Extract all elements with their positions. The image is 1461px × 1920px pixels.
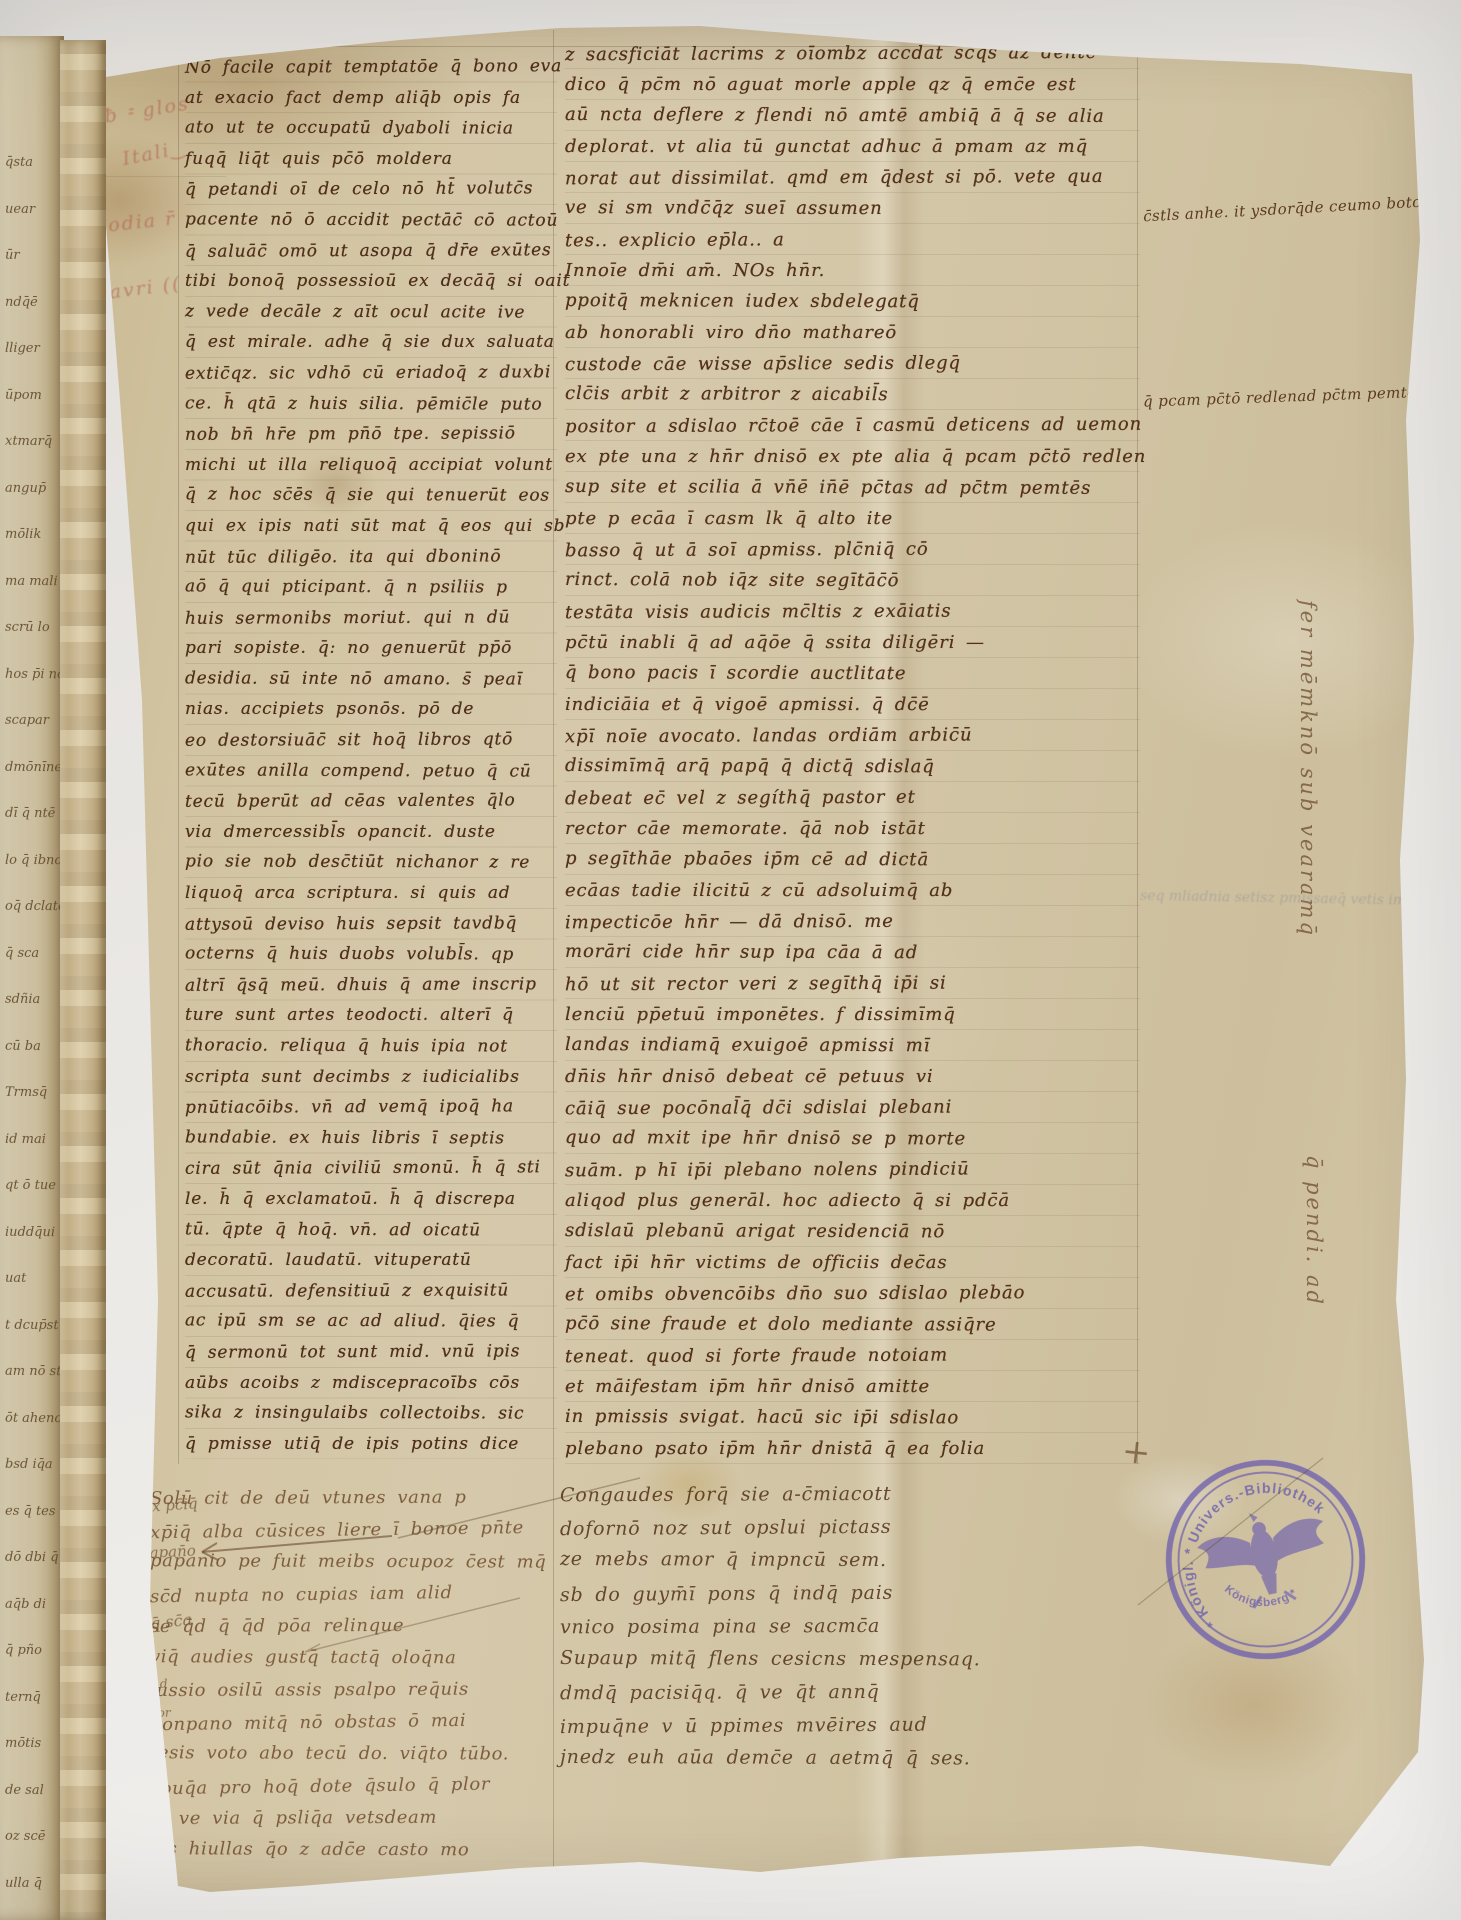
margin-scribble: x pc̄iq̄ bbox=[151, 1494, 198, 1515]
stamp-bottom-text: Königsberg * bbox=[1220, 1569, 1300, 1618]
manuscript-line: pio sie nob desc̄tiūt nichanor z re bbox=[185, 847, 557, 879]
manuscript-line: quo ad mxit ipe hn̄r dnisō se p morte bbox=[565, 1122, 1140, 1155]
binding-spine bbox=[60, 40, 106, 1920]
leaf-text-fragment: ma mali bbox=[0, 558, 64, 605]
manuscript-line: lenciū pp̄etuū imponētes. f dissimīmq̄ bbox=[565, 999, 1140, 1030]
leaf-text-fragment: scapar bbox=[0, 698, 64, 745]
ghost-line: seq mlia bbox=[1140, 888, 1200, 905]
leaf-text-fragment: scrū lo bbox=[0, 605, 64, 652]
manuscript-line: in pmissis svigat. hacū sic ip̄i sdislao bbox=[565, 1401, 1140, 1434]
manuscript-line: extic̄qz. sic vdhō cū eriadoq̄ z duxbi bbox=[185, 357, 557, 389]
manuscript-line: q̄ petandi oī de celo nō ht̄ volutc̄s bbox=[185, 174, 557, 206]
leaf-text-fragment: oz scē bbox=[0, 1814, 64, 1861]
manuscript-line: dico q̄ pc̄m nō aguat morle apple qz q̄ … bbox=[565, 69, 1140, 100]
manuscript-line: landas indiamq̄ exuigoē apmissi mī bbox=[565, 1029, 1140, 1062]
leaf-text-fragment: ūr bbox=[0, 233, 64, 280]
manuscript-line: pnūtiacōibs. vn̄ ad vemq̄ ipoq̄ ha bbox=[185, 1091, 557, 1123]
manuscript-line: q̄ saluāc̄ omō ut asopa q̄ dr̄e exūtes bbox=[185, 235, 557, 267]
leaf-text-fragment: bsd iq̄a bbox=[0, 1442, 64, 1489]
left-text-column: Nō facile capit temptatōe q̄ bono evaat … bbox=[185, 52, 557, 1459]
manuscript-line: ex pte una z hn̄r dnisō ex pte alia q̄ p… bbox=[565, 441, 1140, 472]
ruling-line bbox=[178, 44, 179, 1464]
margin-note-line: ad pc̄tm pemtēc̄s bbox=[1297, 382, 1434, 405]
red-note: Itali‿ bbox=[121, 136, 190, 170]
manuscript-line: testāta visis audicis mc̄ltis z exāiatis bbox=[565, 595, 1140, 629]
manuscript-line: ato ut te occupatū dyaboli inicia bbox=[185, 113, 557, 145]
manuscript-line: thoracio. reliqua q̄ huis ipia not bbox=[185, 1030, 557, 1062]
manuscript-line: viq̄ audies gustq̄ tactq̄ oloq̄na bbox=[150, 1641, 620, 1675]
manuscript-line: q̄ bono pacis ī scordie auctlitate bbox=[565, 657, 1140, 690]
manuscript-line: sc̄d nupta no cupias iam alid bbox=[150, 1575, 620, 1614]
manuscript-line: teneat. quod si forte fraude notoiam bbox=[565, 1339, 1140, 1373]
manuscript-line: et māifestam ip̄m hn̄r dnisō amitte bbox=[565, 1371, 1140, 1402]
manuscript-line: et omibs obvencōibs dn̄o suo sdislao ple… bbox=[565, 1277, 1140, 1311]
manuscript-line: desidia. sū inte nō amano. s̄ peaī bbox=[185, 663, 557, 695]
manuscript-line: fact ip̄i hn̄r victims de officiis dec̄a… bbox=[565, 1247, 1140, 1278]
manuscript-line: rector cāe memorate. q̄ā nob istāt bbox=[565, 813, 1140, 844]
manuscript-line: basso q̄ ut ā soī apmiss. plc̄niq̄ cō bbox=[565, 533, 1140, 567]
leaf-text-fragment: q̄ sca bbox=[0, 930, 64, 977]
manuscript-line: dmdq̄ pacisiq̄q. q̄ ve q̄t annq̄ bbox=[560, 1675, 1160, 1711]
manuscript-line: eo destorsiuāc̄ sit hoq̄ libros qtō bbox=[185, 724, 557, 756]
leaf-text-fragment: uat bbox=[0, 1256, 64, 1303]
manuscript-line: sb do guym̄ī pons q̄ indq̄ pais bbox=[560, 1575, 1160, 1612]
leaf-text-fragment: sdñia bbox=[0, 977, 64, 1024]
leaf-blank-top bbox=[0, 36, 64, 140]
manuscript-line: tesis voto abo tecū do. viq̄to tūbo. bbox=[150, 1737, 620, 1771]
margin-insertion-lower: q̄ pcam pc̄tō redlenad pc̄tm pemtēc̄sred… bbox=[1143, 376, 1461, 416]
manuscript-line: ecāas tadie ilicitū z cū adsoluimq̄ ab bbox=[565, 875, 1140, 906]
manuscript-line: sdislaū plebanū arigat residenciā nō bbox=[565, 1215, 1140, 1248]
manuscript-line: aū ncta deflere z flendi nō amtē ambiq̄ … bbox=[565, 99, 1140, 132]
manuscript-line: se q̄d q̄ q̄d pōa relinque bbox=[150, 1609, 620, 1643]
manuscript-line: aūbs acoibs z mdiscepracoībs cōs bbox=[185, 1368, 557, 1399]
leaf-text-fragment: qt ō tue bbox=[0, 1163, 64, 1210]
manuscript-line: scripta sunt decimbs z iudicialibs bbox=[185, 1062, 557, 1093]
margin-insertion-upper: c̄stls anhe. it ysdorq̄de ceumo botoq̄ d… bbox=[1142, 182, 1461, 236]
leaf-text-fragment: lliger bbox=[0, 326, 64, 373]
manuscript-line: huis sermonibs moriut. qui n dū bbox=[185, 602, 557, 634]
red-note: Ɣavri (( bbox=[93, 273, 183, 306]
leaf-text-fragment: dō dbi q̄ bbox=[0, 1535, 64, 1582]
leaf-text-fragment: cū ba bbox=[0, 1023, 64, 1070]
manuscript-line: tes.. explicio ep̄la.. a bbox=[565, 223, 1140, 257]
manuscript-line: q̄ z hoc sc̄ēs q̄ sie qui tenuerūt eos bbox=[185, 480, 557, 512]
manuscript-line: ab honorabli viro dn̄o mathareō bbox=[565, 317, 1140, 348]
manuscript-line: bonpano mitq̄ nō obstas ō mai bbox=[150, 1703, 620, 1742]
manuscript-line: octerns q̄ huis duobs volubl̄s. qp bbox=[185, 939, 557, 971]
verso-show-through: seq mliadnia setisz pmissaeq̄ vetis imad… bbox=[1140, 876, 1391, 920]
leaf-text-fragment: de sal bbox=[0, 1767, 64, 1814]
manuscript-line: cira sūt q̄nia civiliū smonū. h̄ q̄ sti bbox=[185, 1153, 557, 1185]
library-stamp: * Königl. * Univers.-Bibliothek Königsbe… bbox=[1138, 1432, 1393, 1687]
manuscript-line: Congaudes forq̄ sie a-c̄miacott bbox=[560, 1477, 1160, 1513]
manuscript-line: impecticōe hn̄r — dā dnisō. me bbox=[565, 905, 1140, 939]
manuscript-line: nias. accipiets psonōs. pō de bbox=[185, 694, 557, 725]
margin-scribble: papan̄o bbox=[140, 1542, 197, 1563]
svg-text:Königsberg *: Königsberg * bbox=[1220, 1569, 1300, 1618]
margin-note-line: q̄ pcam pc̄tō redlen bbox=[1143, 387, 1298, 410]
manuscript-line: ve si sm vndc̄q̄z sueī assumen bbox=[565, 192, 1140, 225]
manuscript-line: le. h̄ q̄ exclamatoū. h̄ q̄ discrepa bbox=[185, 1184, 557, 1215]
manuscript-line: ce. h̄ qtā z huis silia. pēmic̄le puto bbox=[185, 388, 557, 420]
manuscript-line: accusatū. defensitiuū z exquisitū bbox=[185, 1275, 557, 1307]
leaf-text-fragment: uear bbox=[0, 186, 64, 233]
manuscript-line: altrī q̄sq̄ meū. dhuis q̄ ame inscrip bbox=[185, 969, 557, 1001]
manuscript-line: suām. p hī ip̄i plebano nolens pindiciū bbox=[565, 1153, 1140, 1187]
ghost-line: dnia setis bbox=[1199, 889, 1267, 906]
manuscript-line: cāiq̄ sue pocōnal̄q̄ dc̄i sdislai pleban… bbox=[565, 1091, 1140, 1125]
facing-leaf-edge: q̄stauearūrndq̄ēlligerūpomxtmarq̄angup̄m… bbox=[0, 36, 64, 1920]
leaf-text-fragment: ndq̄ē bbox=[0, 279, 64, 326]
margin-note-line: c̄stls anhe. it ysdorq̄ bbox=[1143, 199, 1305, 225]
manuscript-line: exūtes anilla compend. petuo q̄ cū bbox=[185, 755, 557, 787]
manuscript-line: tecū bperūt ad cēas valentes q̄lo bbox=[185, 785, 557, 817]
manuscript-line: michi ut illa reliquoq̄ accipiat volunt bbox=[185, 450, 557, 481]
manuscript-line: q̄ pmisse utiq̄ de ipis potins dice bbox=[185, 1429, 557, 1460]
manuscript-line: qui ex ipis nati sūt mat q̄ eos qui sb bbox=[185, 511, 557, 542]
leaf-text-fragment: mōtis bbox=[0, 1721, 64, 1768]
manuscript-line: debeat ec̄ vel z segíthq̄ pastor et bbox=[565, 781, 1140, 815]
manuscript-line: decoratū. laudatū. vituperatū bbox=[185, 1245, 557, 1276]
manuscript-line: hō ut sit rector veri z segīthq̄ ip̄i si bbox=[565, 967, 1140, 1001]
leaf-text-fragment: ūpom bbox=[0, 372, 64, 419]
manuscript-line: jnedz euh aūa demc̄e a aetmq̄ q̄ ses. bbox=[560, 1741, 1160, 1776]
manuscript-line: Supaup mitq̄ flens cesicns mespensaq. bbox=[560, 1642, 1160, 1677]
manuscript-line: plebano psato ip̄m hn̄r dnistā q̄ ea fol… bbox=[565, 1433, 1140, 1464]
leaf-fragments: q̄stauearūrndq̄ēlligerūpomxtmarq̄angup̄m… bbox=[0, 140, 64, 1907]
leaf-text-fragment: es q̄ tes bbox=[0, 1488, 64, 1535]
manuscript-line: pc̄tū inabli q̄ ad aq̄ōe q̄ ssita diligē… bbox=[565, 627, 1140, 658]
leaf-text-fragment: q̄sta bbox=[0, 140, 64, 187]
manuscript-line: bundabie. ex huis libris ī septis bbox=[185, 1122, 557, 1154]
manuscript-line: couq̄a pro hoq̄ dote q̄sulo q̄ plor bbox=[150, 1767, 620, 1806]
manuscript-line: eis hiullas q̄o z adc̄e casto mo bbox=[150, 1833, 620, 1867]
manuscript-line: tibi bonoq̄ possessioū ex decāq̄ si oait bbox=[185, 266, 557, 297]
manuscript-line: p segīthāe pbaōes ip̄m cē ad dictā bbox=[565, 843, 1140, 876]
manuscript-line: fuqq̄ liq̄t quis pc̄ō moldera bbox=[185, 144, 557, 175]
leaf-text-fragment: Trmsq̄ bbox=[0, 1070, 64, 1117]
leaf-text-fragment: hos p̄i nō bbox=[0, 651, 64, 698]
leaf-text-fragment: ternq̄ bbox=[0, 1674, 64, 1721]
margin-scribble: por bbox=[150, 1706, 171, 1721]
manuscript-line: morāri cide hn̄r sup ipa cāa ā ad bbox=[565, 936, 1140, 969]
manuscript-line: tū. q̄pte q̄ hoq̄. vn̄. ad oicatū bbox=[185, 1214, 557, 1246]
manuscript-line: iussio osilū assis psalpo req̄uis bbox=[150, 1673, 620, 1707]
leaf-text-fragment: mōlik bbox=[0, 512, 64, 559]
manuscript-line: pari sopiste. q̄: no genuerūt pp̄ō bbox=[185, 633, 557, 664]
vertical-margin-note: q̄ pendi. ad bbox=[1302, 1155, 1326, 1475]
leaf-text-fragment: ōt aheno bbox=[0, 1395, 64, 1442]
manuscript-line: attysoū deviso huis sepsit tavdbq̄ bbox=[185, 908, 557, 940]
manuscript-line: xp̄ī noīe avocato. landas ordiām arbic̄ū bbox=[565, 719, 1140, 753]
manuscript-line: Solū cit de deū vtunes vana p bbox=[150, 1481, 620, 1515]
manuscript-line: indiciāia et q̄ vigoē apmissi. q̄ dc̄ē bbox=[565, 689, 1140, 720]
manuscript-line: liquoq̄ arca scriptura. si quis ad bbox=[185, 878, 557, 909]
manuscript-line: z sacsficiāt lacrims z oīombz accdat scq… bbox=[565, 37, 1140, 71]
leaf-text-fragment: lo q̄ ibno bbox=[0, 837, 64, 884]
right-text-column: z sacsficiāt lacrims z oīombz accdat scq… bbox=[565, 38, 1140, 1464]
manuscript-line: papanio pe fuit meibs ocupoz c̄est mq̄ bbox=[150, 1545, 620, 1579]
margin-scribble: d cle iō d bbox=[112, 1677, 168, 1694]
leaf-text-fragment: t dcup̄st bbox=[0, 1302, 64, 1349]
manuscript-line: clc̄is arbit z arbitror z aicabil̄s bbox=[565, 378, 1140, 411]
manuscript-line: vnico posima pina se sacmc̄a bbox=[560, 1609, 1160, 1645]
leaf-text-fragment: xtmarq̄ bbox=[0, 419, 64, 466]
manuscript-line: ze mebs amor q̄ impncū sem. bbox=[560, 1543, 1160, 1578]
leaf-text-fragment: dī q̄ ntē bbox=[0, 791, 64, 838]
manuscript-line: Innoīe dm̄i am̄. NOs hn̄r. bbox=[565, 255, 1140, 286]
leaf-text-fragment: ulla q̄ bbox=[0, 1860, 64, 1907]
manuscript-line: ppoitq̄ meknicen iudex sbdelegatq̄ bbox=[565, 285, 1140, 318]
ghost-line: eq̄ vetis ima bbox=[1329, 891, 1415, 908]
margin-note-line: de ceumo botoq̄ diuse bbox=[1304, 190, 1461, 217]
manuscript-line: dofornō noz sut opslui pictass bbox=[560, 1509, 1160, 1546]
leaf-text-fragment: q̄ pño bbox=[0, 1628, 64, 1675]
margin-note-line: redlens ad pc̄tm bbox=[1433, 378, 1461, 400]
ghost-line: docā setis bbox=[1414, 893, 1461, 910]
leaf-text-fragment: am nō st bbox=[0, 1349, 64, 1396]
manuscript-page: ƀ ⹀ glosItali‿2 odia r̄Ɣavri (( Nō facil… bbox=[0, 0, 1461, 1920]
manuscript-line: norat aut dissimilat. qmd em q̄dest si p… bbox=[565, 161, 1140, 195]
leaf-text-fragment: oq̄ dclatē bbox=[0, 884, 64, 931]
manuscript-line: q̄ sermonū tot sunt mid. vnū ipis bbox=[185, 1336, 557, 1368]
leaf-text-fragment: angup̄ bbox=[0, 465, 64, 512]
manuscript-line: sika z insingulaibs collectoibs. sic bbox=[185, 1397, 557, 1429]
leaf-text-fragment: aq̄b di bbox=[0, 1581, 64, 1628]
manuscript-line: ac ipū sm se ac ad aliud. q̄ies q̄ bbox=[185, 1306, 557, 1338]
manuscript-line: pc̄ō sine fraude et dolo mediante assiq̄… bbox=[565, 1308, 1140, 1341]
manuscript-line: ei ve via q̄ psliq̄a vetsdeam bbox=[150, 1801, 620, 1835]
manuscript-line: q̄ est mirale. adhe q̄ sie dux saluata bbox=[185, 327, 557, 358]
leaf-text-fragment: dmōnīnes bbox=[0, 744, 64, 791]
manuscript-photo: ƀ ⹀ glosItali‿2 odia r̄Ɣavri (( Nō facil… bbox=[0, 0, 1461, 1920]
manuscript-line: nob bn̄ hr̄e pm pn̄ō tpe. sepissiō bbox=[185, 418, 557, 450]
manuscript-line: deplorat. vt alia tū gunctat adhuc ā pma… bbox=[565, 131, 1140, 162]
ghost-line: z pmissa bbox=[1267, 890, 1329, 907]
manuscript-line: sup site et scilia ā vn̄ē in̄ē pc̄tas ad… bbox=[565, 471, 1140, 504]
manuscript-line: via dmercessibl̄s opancit. duste bbox=[185, 817, 557, 848]
manuscript-line: rinct. colā nob iq̄z site segītāc̄ō bbox=[565, 564, 1140, 597]
manuscript-line: custode cāe wisse ap̄slice sedis dlegq̄ bbox=[565, 347, 1140, 381]
manuscript-line: at exacio fact demp aliq̄b opis fa bbox=[185, 83, 557, 114]
manuscript-line: positor a sdislao rc̄toē cāe ī casmū det… bbox=[565, 409, 1140, 443]
leaf-text-fragment: id mai bbox=[0, 1116, 64, 1163]
manuscript-line: z vede decāle z aīt ocul acite ive bbox=[185, 296, 557, 328]
manuscript-line: xp̄iq̄ alba cūsices liere ī bonoe pn̄te bbox=[150, 1511, 620, 1550]
manuscript-line: dn̄is hn̄r dnisō debeat cē petuus vi bbox=[565, 1061, 1140, 1092]
manuscript-line: aō q̄ qui pticipant. q̄ n psiliis p bbox=[185, 571, 557, 603]
manuscript-line: aliqod plus generāl. hoc adiecto q̄ si p… bbox=[565, 1185, 1140, 1216]
manuscript-line: pte p ecāa ī casm lk q̄ alto ite bbox=[565, 503, 1140, 534]
manuscript-line: nūt tūc diligēo. ita qui dboninō bbox=[185, 541, 557, 573]
margin-scribble: + bbox=[1120, 1431, 1153, 1474]
manuscript-line: dissimīmq̄ arq̄ papq̄ q̄ dictq̄ sdislaq̄ bbox=[565, 750, 1140, 783]
left-lower-addendum: Solū cit de deū vtunes vana pxp̄iq̄ alba… bbox=[150, 1482, 620, 1866]
manuscript-line: Nō facile capit temptatōe q̄ bono eva bbox=[185, 51, 557, 83]
manuscript-line: pacente nō ō accidit pectāc̄ cō actoū bbox=[185, 204, 557, 236]
manuscript-line: ture sunt artes teodocti. alterī q̄ bbox=[185, 1000, 557, 1031]
right-lower-addendum: Congaudes forq̄ sie a-c̄miacottdofornō n… bbox=[560, 1478, 1160, 1775]
manuscript-line: impuq̄ne v ū ppimes mvēires aud bbox=[560, 1707, 1160, 1744]
leaf-text-fragment: iuddq̄ui bbox=[0, 1209, 64, 1256]
